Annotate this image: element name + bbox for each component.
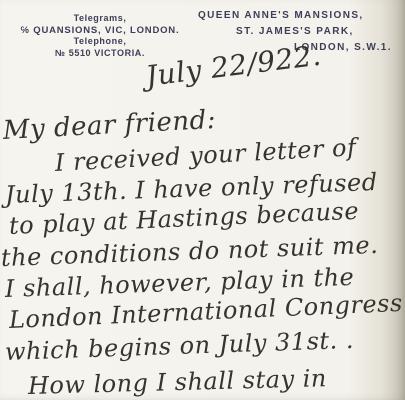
address-line-1: QUEEN ANNE'S MANSIONS, (198, 8, 398, 24)
letter-page: Telegrams, ℅ QUANSIONS, VIC, LONDON. Tel… (0, 0, 405, 400)
telegrams-address: ℅ QUANSIONS, VIC, LONDON. (16, 25, 184, 37)
telephone-label: Telephone, (16, 36, 184, 48)
handwritten-line: How long I shall stay in (28, 364, 328, 400)
telegrams-label: Telegrams, (16, 13, 184, 25)
address-line-2: ST. JAMES'S PARK, (198, 24, 398, 40)
salutation: My dear friend: (2, 105, 216, 146)
letterhead-telegrams-block: Telegrams, ℅ QUANSIONS, VIC, LONDON. Tel… (16, 13, 184, 59)
